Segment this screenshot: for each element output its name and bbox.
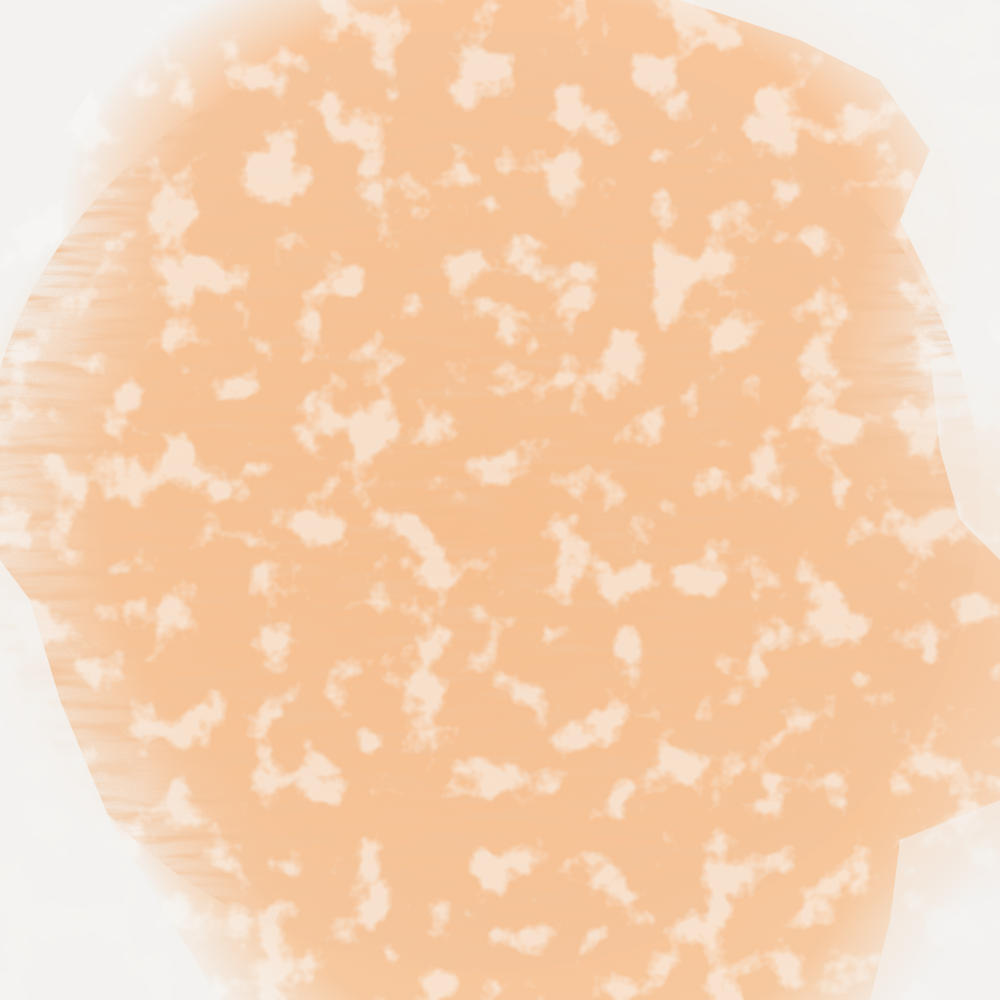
powder-swatch-image bbox=[0, 0, 1000, 1000]
powder-texture-streaks bbox=[0, 0, 1000, 1000]
